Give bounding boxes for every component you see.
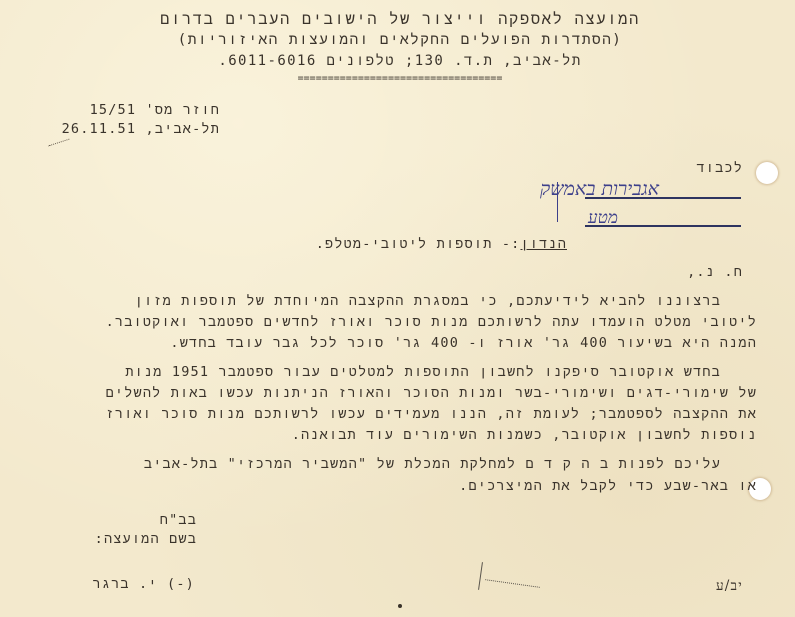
body-p3-line: עליכם לפנות ב ה ק ד ם למחלקת המכלת של "ה… (144, 456, 757, 473)
body-p2-line: בחדש אוקטובר סיפקנו לחשבון התוספות למטלט… (125, 364, 757, 381)
recipient-label: לכבוד (696, 160, 743, 177)
body-p3-line: או באר-שבע כדי לקבל את המיצרכים. (459, 478, 757, 495)
reference-initials: יב/ע (716, 578, 743, 594)
header-divider: ================================== (230, 73, 570, 84)
org-subtitle: (הסתדרות הפועלים החקלאים והמועצות האיזור… (150, 32, 650, 49)
signature: (-) י. ברגר (93, 576, 195, 593)
body-p1-line: ברצוננו להביא לידיעתכם, כי במסגרת ההקצבה… (135, 293, 757, 310)
body-p2-line: נוספות לחשבון אוקטובר, כשמנות השימורים ע… (292, 427, 757, 444)
circular-date: תל-אביב, 26.11.51 (62, 121, 220, 138)
recipient-underline (585, 197, 741, 199)
subject-line: הנדון:- תוספות ליטובי-מטלפ. (316, 236, 567, 253)
closing-salutation: בב"ח (160, 512, 197, 529)
org-name: המועצה לאספקה וייצור של הישובים העברים ב… (150, 10, 650, 29)
handwriting-stroke (557, 182, 558, 222)
closing-on-behalf: בשם המועצה: (95, 531, 197, 548)
body-p2-line: את ההקצבה לספטמבר; לעומת זה, הננו מעמידי… (106, 406, 757, 423)
body-p1-line: המנה היא בשיעור 400 גר' אורז ו- 400 גר' … (170, 335, 757, 352)
body-p1-line: ליטובי מטלט הועמדו עתה לרשותכם מנות סוכר… (106, 314, 757, 331)
punch-hole (756, 162, 778, 184)
org-address: תל-אביב, ת.ד. 130; טלפונים 6011-6016. (150, 53, 650, 70)
subject-label: הנדון (520, 236, 567, 252)
place-underline (585, 225, 741, 227)
greeting: ח. נ., (687, 264, 743, 281)
subject-text: :- תוספות ליטובי-מטלפ. (316, 236, 521, 252)
body-p2-line: של שימורי-דגים ושימורי-בשר ומנות הסוכר ו… (106, 385, 757, 402)
ink-dot (398, 604, 402, 608)
circular-number: חוזר מס' 15/51 (90, 102, 220, 119)
